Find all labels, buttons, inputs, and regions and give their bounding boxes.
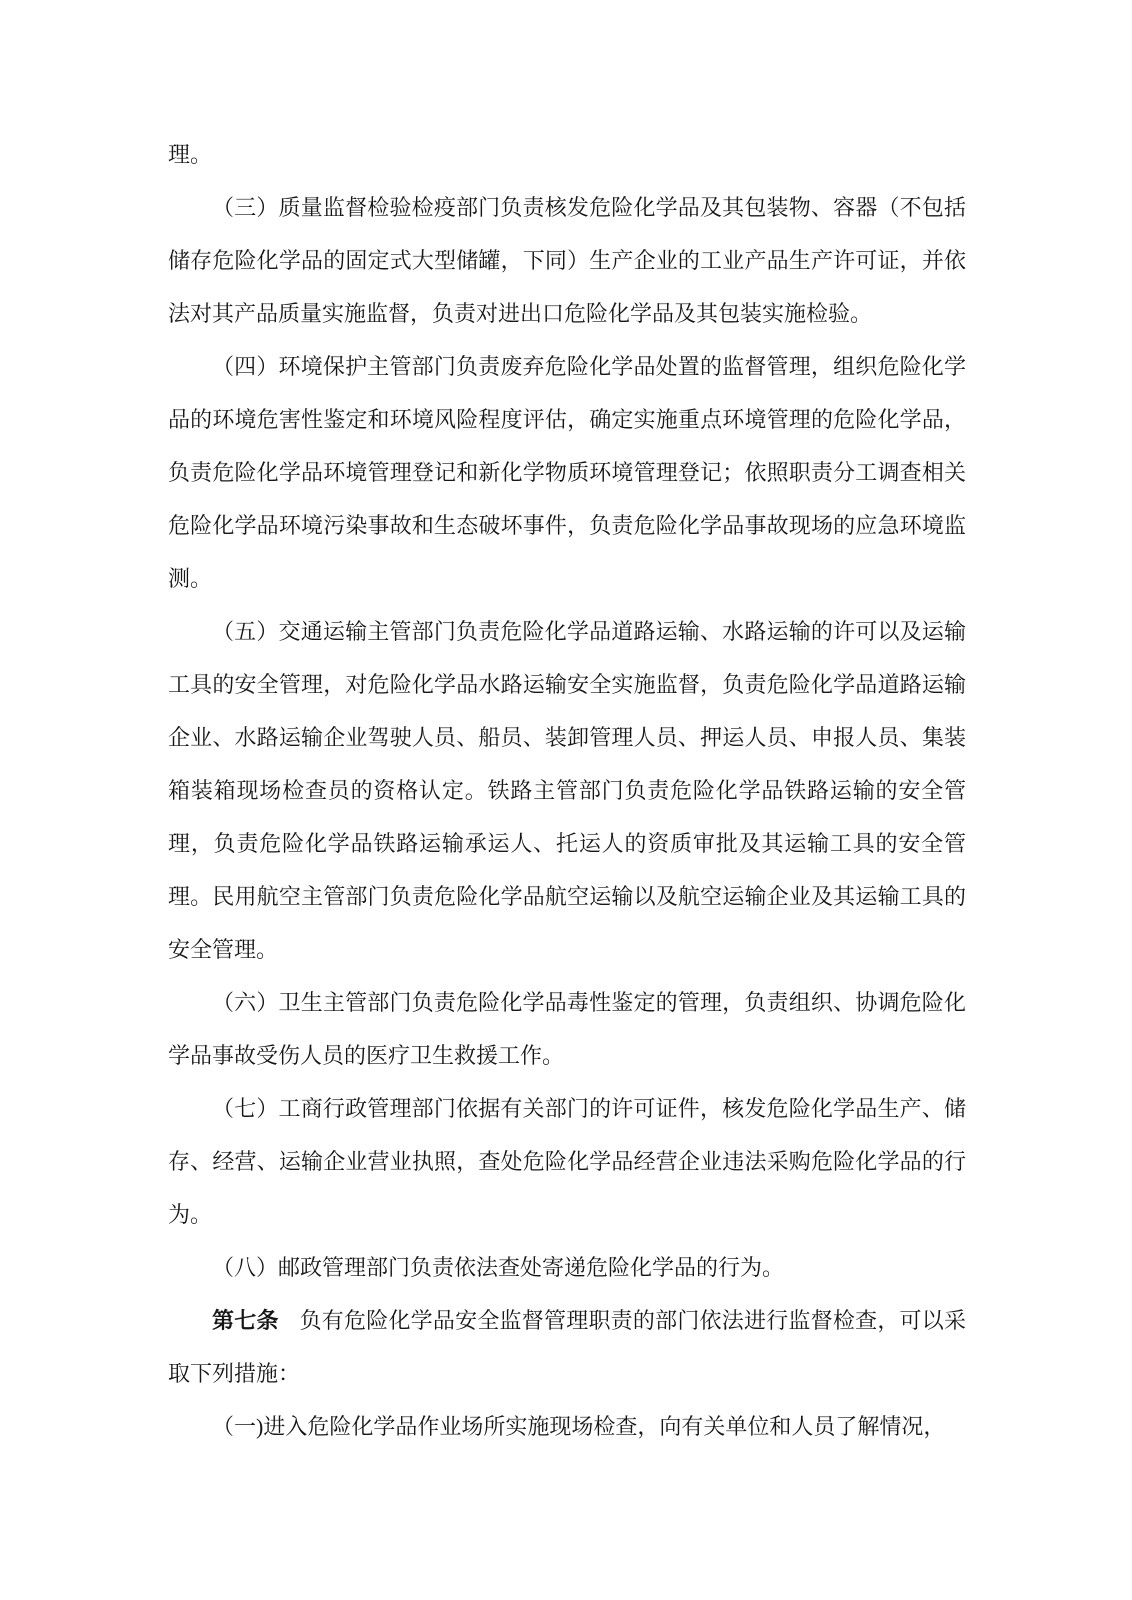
document-page: 理。 （三）质量监督检验检疫部门负责核发危险化学品及其包装物、容器（不包括储存危… — [0, 0, 1132, 1600]
paragraph-item-7: （七）工商行政管理部门依据有关部门的许可证件，核发危险化学品生产、储存、经营、运… — [168, 1082, 966, 1241]
paragraph-continuation: 理。 — [168, 128, 966, 181]
paragraph-item-5: （五）交通运输主管部门负责危险化学品道路运输、水路运输的许可以及运输工具的安全管… — [168, 605, 966, 976]
paragraph-item-4: （四）环境保护主管部门负责废弃危险化学品处置的监督管理，组织危险化学品的环境危害… — [168, 340, 966, 605]
paragraph-measure-1: （一)进入危险化学品作业场所实施现场检查，向有关单位和人员了解情况， — [168, 1400, 966, 1453]
paragraph-article-7: 第七条负有危险化学品安全监督管理职责的部门依法进行监督检查，可以采取下列措施： — [168, 1294, 966, 1400]
article-number-label: 第七条 — [212, 1308, 279, 1333]
paragraph-item-8: （八）邮政管理部门负责依法查处寄递危险化学品的行为。 — [168, 1241, 966, 1294]
paragraph-item-6: （六）卫生主管部门负责危险化学品毒性鉴定的管理，负责组织、协调危险化学品事故受伤… — [168, 976, 966, 1082]
article-body-text: 负有危险化学品安全监督管理职责的部门依法进行监督检查，可以采取下列措施： — [168, 1308, 966, 1386]
paragraph-item-3: （三）质量监督检验检疫部门负责核发危险化学品及其包装物、容器（不包括储存危险化学… — [168, 181, 966, 340]
